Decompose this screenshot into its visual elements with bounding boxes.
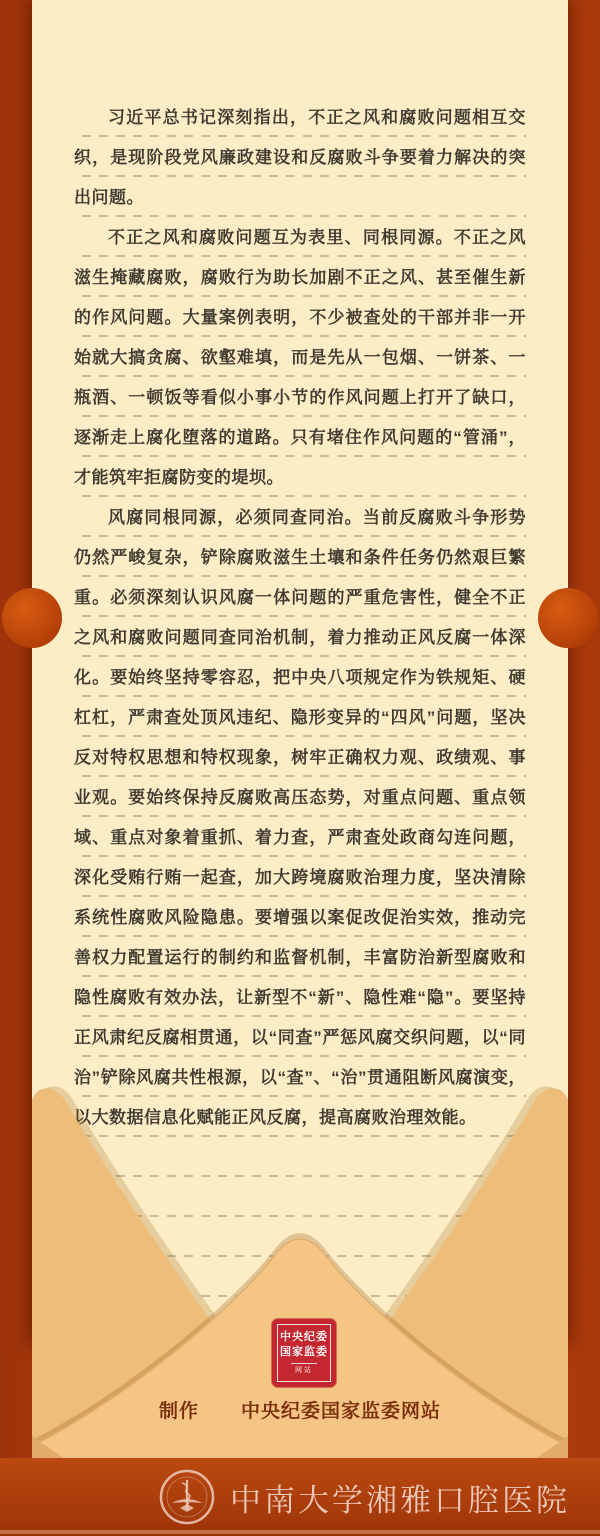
credit-value: 中央纪委国家监委网站 (241, 1401, 441, 1422)
anti-corruption-poster: 习近平总书记深刻指出，不正之风和腐败问题相互交织，是现阶段党风廉政建设和反腐败斗… (0, 0, 600, 1536)
paragraph-1: 习近平总书记深刻指出，不正之风和腐败问题相互交织，是现阶段党风廉政建设和反腐败斗… (74, 98, 526, 218)
footer: 中南大学湘雅口腔医院 (0, 1458, 600, 1536)
official-seal: 中央纪委 国家监委 网站 (272, 1319, 336, 1387)
credit-line: 制作中央纪委国家监委网站 (0, 1396, 600, 1423)
right-notch (538, 588, 598, 648)
hospital-logo-icon (158, 1468, 216, 1526)
footer-bottom-band (0, 1530, 600, 1534)
seal-line-3: 网站 (291, 1363, 317, 1376)
official-seal-frame: 中央纪委 国家监委 网站 (277, 1324, 331, 1382)
hospital-name: 中南大学湘雅口腔医院 (230, 1475, 570, 1520)
credit-label: 制作 (159, 1401, 199, 1422)
paragraph-3: 风腐同根同源，必须同查同治。当前反腐败斗争形势仍然严峻复杂，铲除腐败滋生土壤和条… (74, 498, 526, 1138)
left-notch (2, 588, 62, 648)
paragraph-2: 不正之风和腐败问题互为表里、同根同源。不正之风滋生掩藏腐败，腐败行为助长加剧不正… (74, 218, 526, 498)
seal-line-2: 国家监委 (280, 1345, 328, 1360)
seal-line-1: 中央纪委 (280, 1330, 328, 1345)
